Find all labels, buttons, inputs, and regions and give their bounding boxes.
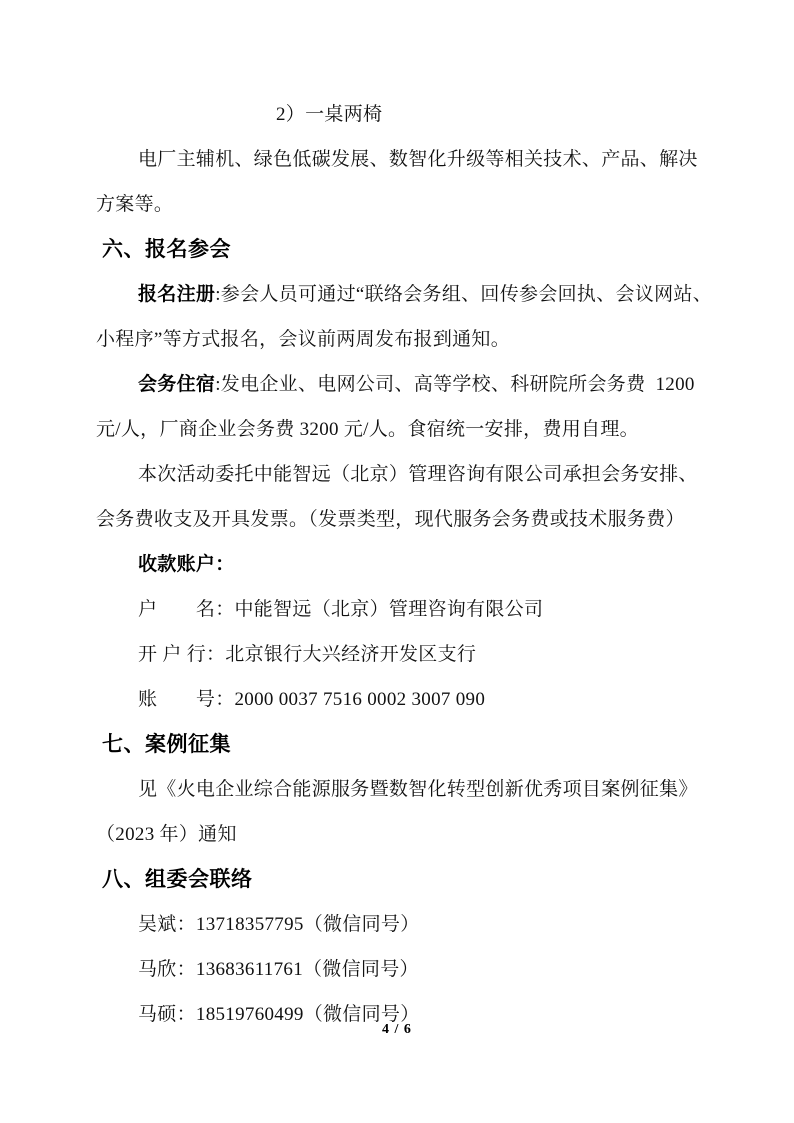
- case-collection-line-2: （2023 年）通知: [96, 812, 750, 857]
- accommodation-label: 会务住宿: [138, 374, 215, 395]
- list-item-table-chairs: 2）一桌两椅: [96, 92, 750, 137]
- account-heading: 收款账户：: [138, 554, 235, 575]
- document-page: 2）一桌两椅 电厂主辅机、绿色低碳发展、数智化升级等相关技术、产品、解决 方案等…: [0, 0, 794, 1123]
- registration-label: 报名注册: [138, 284, 215, 305]
- registration-line-2: 小程序”等方式报名，会议前两周发布报到通知。: [96, 317, 750, 362]
- exhibit-scope-line-1: 电厂主辅机、绿色低碳发展、数智化升级等相关技术、产品、解决: [96, 137, 750, 182]
- accommodation-line-1: 会务住宿:发电企业、电网公司、高等学校、科研院所会务费 1200: [96, 362, 750, 407]
- entrust-line-2: 会务费收支及开具发票。（发票类型，现代服务会务费或技术服务费）: [96, 497, 750, 542]
- accommodation-line-2: 元/人，厂商企业会务费 3200 元/人。食宿统一安排，费用自理。: [96, 407, 750, 452]
- account-number-line: 账 号：2000 0037 7516 0002 3007 090: [96, 677, 750, 722]
- account-name-line: 户 名：中能智远（北京）管理咨询有限公司: [96, 587, 750, 632]
- account-bank-line: 开 户 行：北京银行大兴经济开发区支行: [96, 632, 750, 677]
- contact-line-maxin: 马欣：13683611761（微信同号）: [96, 947, 750, 992]
- account-heading-line: 收款账户：: [96, 542, 750, 587]
- document-body: 2）一桌两椅 电厂主辅机、绿色低碳发展、数智化升级等相关技术、产品、解决 方案等…: [96, 92, 750, 1037]
- section-heading-six: 六、报名参会: [102, 227, 750, 272]
- section-heading-seven: 七、案例征集: [102, 722, 750, 767]
- section-heading-eight: 八、组委会联络: [102, 857, 750, 902]
- entrust-line-1: 本次活动委托中能智远（北京）管理咨询有限公司承担会务安排、: [96, 452, 750, 497]
- contact-line-wubin: 吴斌：13718357795（微信同号）: [96, 902, 750, 947]
- case-collection-line-1: 见《火电企业综合能源服务暨数智化转型创新优秀项目案例征集》: [96, 767, 750, 812]
- accommodation-text: :发电企业、电网公司、高等学校、科研院所会务费 1200: [215, 374, 694, 395]
- registration-line-1: 报名注册:参会人员可通过“联络会务组、回传参会回执、会议网站、: [96, 272, 750, 317]
- exhibit-scope-line-2: 方案等。: [96, 182, 750, 227]
- registration-text: :参会人员可通过“联络会务组、回传参会回执、会议网站、: [215, 284, 712, 305]
- page-number: 4 / 6: [0, 1020, 794, 1040]
